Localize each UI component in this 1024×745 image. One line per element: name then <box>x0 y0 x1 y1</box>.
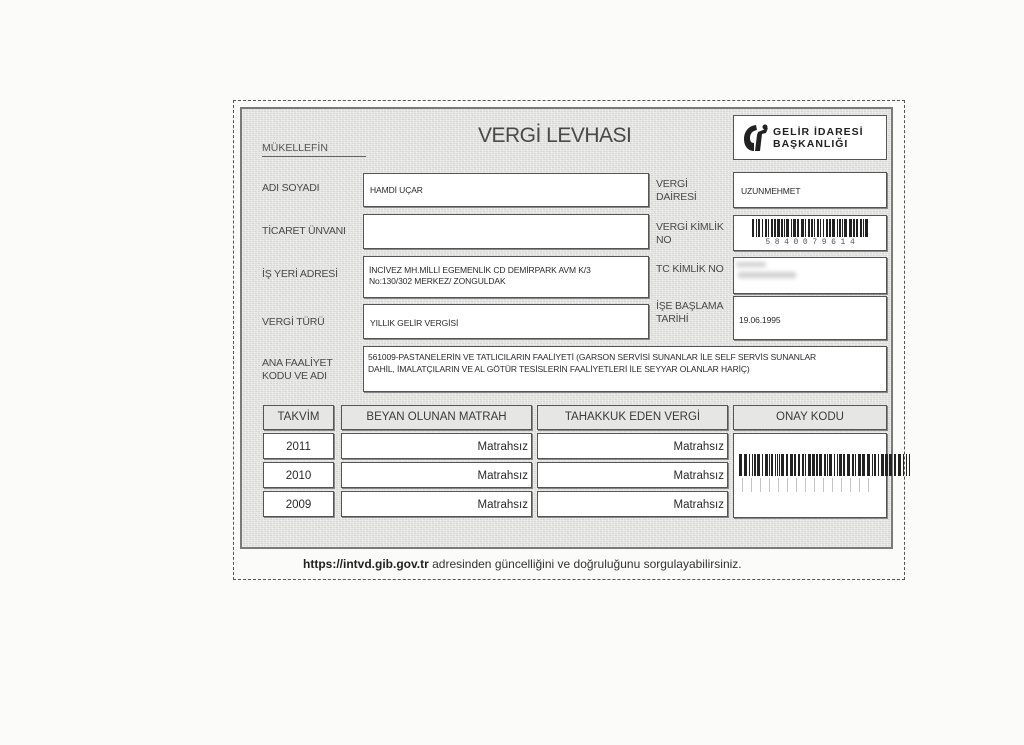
verification-text: adresinden güncelliğini ve doğruluğunu s… <box>429 557 742 571</box>
cell-year: 2009 <box>263 491 334 517</box>
cell-year: 2010 <box>263 462 334 488</box>
label-ise-baslama-line1: İŞE BAŞLAMA <box>656 300 723 313</box>
field-tc-kimlik-no <box>733 257 887 294</box>
gib-logo: GELİR İDARESİ BAŞKANLIĞI <box>733 115 887 160</box>
label-is-yeri-adresi: İŞ YERİ ADRESİ <box>262 268 338 281</box>
section-label: MÜKELLEFİN <box>262 142 366 157</box>
label-ana-faaliyet-line1: ANA FAALİYET <box>262 357 333 370</box>
field-ise-baslama-tarihi: 19.06.1995 <box>733 296 887 340</box>
value-faaliyet-line1: 561009-PASTANELERİN VE TATLICILARIN FAAL… <box>368 351 882 363</box>
label-ise-baslama-line2: TARİHİ <box>656 313 723 326</box>
label-ticaret-unvani: TİCARET ÜNVANI <box>262 225 346 238</box>
label-ana-faaliyet-line2: KODU VE ADI <box>262 370 333 383</box>
value-adi-soyadi: HAMDİ UÇAR <box>370 185 423 195</box>
value-adres-line2: No:130/302 MERKEZ/ ZONGULDAK <box>369 276 643 287</box>
label-tc-kimlik-no: TC KİMLİK NO <box>656 263 724 276</box>
cell-year: 2011 <box>263 433 334 459</box>
cell-matrah: Matrahsız <box>341 433 532 459</box>
label-vergi-dairesi-line2: DAİRESİ <box>656 191 697 204</box>
value-faaliyet-line2: DAHİL, İMALATÇILARIN VE AL GÖTÜR TESİSLE… <box>368 363 882 375</box>
table-header-vergi: TAHAKKUK EDEN VERGİ <box>537 405 728 430</box>
value-vergi-dairesi: UZUNMEHMET <box>741 186 800 196</box>
label-adi-soyadi: ADI SOYADI <box>262 182 319 195</box>
table-header-matrah: BEYAN OLUNAN MATRAH <box>341 405 532 430</box>
label-ana-faaliyet: ANA FAALİYET KODU VE ADI <box>262 357 333 383</box>
document-title: VERGİ LEVHASI <box>478 124 631 148</box>
label-vkn-line1: VERGİ KİMLİK <box>656 221 724 234</box>
field-adi-soyadi: HAMDİ UÇAR <box>363 173 649 207</box>
field-vergi-turu: YILLIK GELİR VERGİSİ <box>363 304 649 339</box>
value-vergi-kimlik-no: 5 8 4 0 0 7 9 6 1 4 <box>734 238 886 247</box>
field-vergi-kimlik-no: 5 8 4 0 0 7 9 6 1 4 <box>733 215 887 251</box>
value-vergi-turu: YILLIK GELİR VERGİSİ <box>370 318 458 328</box>
verification-url[interactable]: https://intvd.gib.gov.tr <box>303 557 429 571</box>
redacted-mark <box>736 262 766 267</box>
value-ise-baslama-tarihi: 19.06.1995 <box>739 315 781 325</box>
label-vergi-dairesi-line1: VERGİ <box>656 178 697 191</box>
field-vergi-dairesi: UZUNMEHMET <box>733 172 887 208</box>
logo-line2: BAŞKANLIĞI <box>773 138 864 150</box>
field-ticaret-unvani <box>363 214 649 249</box>
logo-line1: GELİR İDARESİ <box>773 126 864 138</box>
gib-logo-icon <box>742 123 770 153</box>
barcode-icon <box>734 219 886 237</box>
label-vkn-line2: NO <box>656 234 724 247</box>
label-vergi-kimlik-no: VERGİ KİMLİK NO <box>656 221 724 247</box>
cell-matrah: Matrahsız <box>341 491 532 517</box>
cell-vergi: Matrahsız <box>537 491 728 517</box>
barcode-icon <box>739 454 911 476</box>
redacted-mark <box>738 272 796 278</box>
cell-vergi: Matrahsız <box>537 462 728 488</box>
label-ise-baslama: İŞE BAŞLAMA TARİHİ <box>656 300 723 326</box>
value-adres-line1: İNCİVEZ MH.MİLLİ EGEMENLİK CD DEMİRPARK … <box>369 265 643 276</box>
verification-note: https://intvd.gib.gov.tr adresinden günc… <box>303 557 742 571</box>
label-vergi-turu: VERGİ TÜRÜ <box>262 316 325 329</box>
table-header-takvim: TAKVİM <box>263 405 334 430</box>
cell-matrah: Matrahsız <box>341 462 532 488</box>
cell-vergi: Matrahsız <box>537 433 728 459</box>
label-vergi-dairesi: VERGİ DAİRESİ <box>656 178 697 204</box>
table-header-onay-kodu: ONAY KODU <box>733 405 887 430</box>
cell-onay-kodu <box>733 433 887 518</box>
smudged-digits <box>742 478 872 492</box>
field-is-yeri-adresi: İNCİVEZ MH.MİLLİ EGEMENLİK CD DEMİRPARK … <box>363 256 649 298</box>
field-ana-faaliyet: 561009-PASTANELERİN VE TATLICILARIN FAAL… <box>363 346 887 392</box>
